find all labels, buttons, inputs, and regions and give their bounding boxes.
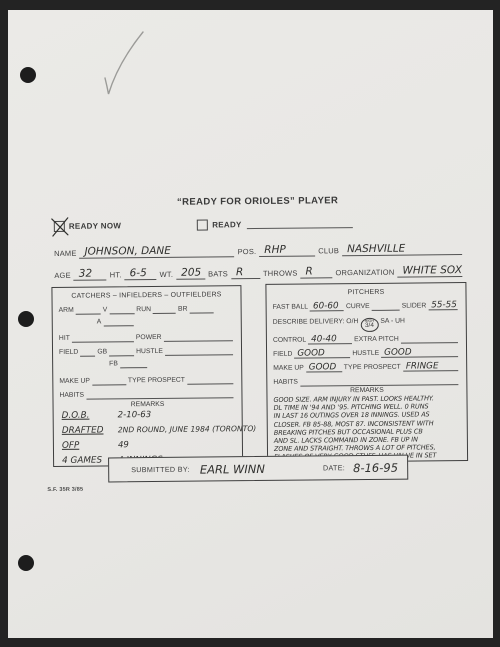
blank-line [109, 346, 134, 356]
bats-value: R [236, 266, 243, 278]
age-underline: 32 [74, 266, 107, 280]
hole-punch [18, 555, 34, 571]
fb-row: FB [109, 355, 235, 368]
ofp-remark-row: OFP 49 [62, 439, 234, 454]
curve-underline [372, 301, 400, 311]
blank-line [80, 347, 95, 357]
dob-remark-row: D.O.B. 2-10-63 [62, 409, 234, 424]
blank-line [76, 305, 101, 315]
pitcher-habits-label: HABITS [273, 379, 298, 387]
wt-value: 205 [181, 267, 201, 279]
name-label: NAME [54, 249, 77, 259]
ready-blank-line [247, 219, 353, 229]
organization-underline: WHITE SOX [397, 263, 462, 278]
club-value: NASHVILLE [347, 243, 405, 256]
blank-line [86, 388, 234, 399]
throws-label: THROWS [263, 269, 298, 279]
pitcher-hustle-label: HUSTLE [352, 350, 379, 358]
fast-ball-underline: 60-60 [310, 301, 344, 311]
age-label: AGE [54, 271, 71, 281]
blank-line [300, 375, 459, 387]
ofp-value: 49 [118, 440, 129, 450]
organization-value: WHITE SOX [402, 264, 462, 277]
pos-value: RHP [264, 244, 286, 256]
extra-pitch-underline [401, 333, 458, 344]
pitcher-make-up-underline: GOOD [306, 362, 342, 372]
age-value: 32 [79, 268, 92, 280]
ht-underline: 6-5 [125, 266, 157, 280]
throws-value: R [305, 265, 312, 277]
pitcher-field-label: FIELD [273, 351, 292, 359]
bats-underline: R [231, 265, 260, 279]
pitcher-habits-row: HABITS [273, 373, 460, 387]
control-row: CONTROL 40-40 EXTRA PITCH [273, 331, 460, 345]
v-label: V [103, 306, 108, 314]
gb-label: GB [97, 348, 107, 356]
type-prospect-label: TYPE PROSPECT [128, 377, 185, 386]
name-field-row: NAME JOHNSON, DANE POS. RHP CLUB NASHVIL… [54, 238, 465, 259]
habits-row: HABITS [59, 386, 235, 400]
submitted-by-label: SUBMITTED BY: [131, 465, 190, 475]
wt-label: WT. [160, 270, 174, 280]
name-underline: JOHNSON, DANE [79, 243, 234, 258]
ready-checkbox [197, 219, 208, 230]
pos-underline: RHP [259, 242, 315, 257]
blank-line [103, 316, 133, 326]
pitcher-type-prospect-underline: FRINGE [403, 361, 458, 372]
delivery-suffix-label: SA - UH [380, 317, 405, 325]
scanned-page: “READY FOR ORIOLES” PLAYER READY NOW REA… [0, 0, 500, 647]
ht-value: 6-5 [130, 267, 147, 279]
form-code: S.F. 35R 3/85 [47, 487, 83, 493]
br-label: BR [178, 306, 188, 314]
blank-line [109, 304, 134, 314]
a-label: A [97, 319, 102, 327]
hole-punch [20, 67, 36, 83]
makeup-row: MAKE UP TYPE PROSPECT [59, 372, 235, 386]
name-value: JOHNSON, DANE [84, 245, 170, 258]
fastball-row: FAST BALL 60-60 CURVE SLIDER 55-55 [273, 298, 460, 312]
delivery-circle-annotation: HIGH 3/4 [360, 317, 378, 331]
blank-line [189, 303, 213, 313]
position-players-box: CATCHERS – INFIELDERS – OUTFIELDERS ARM … [51, 285, 243, 467]
throws-underline: R [300, 264, 332, 278]
a-row: A [97, 313, 235, 326]
drafted-remark-row: DRAFTED 2ND ROUND, JUNE 1984 (TORONTO) [62, 424, 234, 439]
pitchers-box: PITCHERS FAST BALL 60-60 CURVE SLIDER 55… [265, 282, 468, 463]
organization-label: ORGANIZATION [335, 268, 394, 279]
field-row: FIELD GB HUSTLE [59, 343, 235, 357]
pitcher-make-up-value: GOOD [309, 362, 337, 372]
pitcher-type-prospect-label: TYPE PROSPECT [344, 364, 401, 373]
control-label: CONTROL [273, 337, 306, 345]
remarks-title: REMARKS [54, 400, 242, 409]
paper-sheet: “READY FOR ORIOLES” PLAYER READY NOW REA… [8, 10, 493, 638]
field-label: FIELD [59, 349, 78, 357]
arm-row: ARM V RUN BR [59, 301, 235, 315]
ready-label: READY [212, 220, 242, 229]
bats-label: BATS [208, 269, 228, 279]
scouting-form: “READY FOR ORIOLES” PLAYER READY NOW REA… [51, 194, 468, 500]
bio-field-row: AGE 32 HT. 6-5 WT. 205 BATS R THROWS [54, 260, 465, 281]
pitcher-type-prospect-value: FRINGE [406, 361, 439, 371]
pitcher-field-underline: GOOD [294, 348, 350, 359]
drafted-label: DRAFTED [62, 425, 118, 436]
pitcher-field-value: GOOD [297, 348, 325, 358]
field-hustle-row: FIELD GOOD HUSTLE GOOD [273, 345, 460, 359]
ofp-label: OFP [62, 440, 118, 451]
hustle-label: HUSTLE [136, 348, 163, 356]
pitcher-hustle-value: GOOD [384, 348, 412, 358]
blank-line [92, 375, 126, 385]
fast-ball-label: FAST BALL [273, 304, 308, 312]
pencil-checkmark-icon [96, 28, 151, 103]
blank-line [165, 345, 233, 356]
slider-label: SLIDER [402, 302, 427, 310]
ready-now-label: READY NOW [69, 221, 121, 231]
delivery-label: DESCRIBE DELIVERY: O/H [273, 318, 359, 327]
ht-label: HT. [110, 270, 122, 280]
delivery-row: DESCRIBE DELIVERY: O/H HIGH 3/4 SA - UH [273, 313, 460, 330]
arm-label: ARM [59, 307, 74, 315]
readiness-row: READY NOW READY [54, 218, 353, 232]
x-mark-icon [51, 217, 70, 237]
hit-row: HIT POWER [59, 329, 235, 343]
blank-line [163, 331, 232, 342]
fb-label: FB [109, 360, 118, 368]
run-label: RUN [136, 306, 151, 314]
submitted-by-bar: SUBMITTED BY: EARL WINN DATE: 8-16-95 [108, 455, 408, 483]
make-up-label: MAKE UP [59, 378, 90, 386]
makeup-prospect-row: MAKE UP GOOD TYPE PROSPECT FRINGE [273, 359, 460, 373]
wt-underline: 205 [176, 266, 205, 280]
fast-ball-value: 60-60 [313, 301, 339, 311]
position-box-title: CATCHERS – INFIELDERS – OUTFIELDERS [52, 291, 240, 300]
date-label: DATE: [323, 463, 345, 472]
hit-label: HIT [59, 335, 70, 343]
pitcher-hustle-underline: GOOD [381, 347, 458, 358]
date-value: 8-16-95 [353, 460, 398, 474]
control-underline: 40-40 [308, 334, 352, 344]
blank-line [153, 304, 176, 314]
slider-underline: 55-55 [428, 300, 457, 310]
club-underline: NASHVILLE [342, 241, 462, 256]
habits-label: HABITS [59, 392, 84, 400]
slider-value: 55-55 [431, 300, 457, 310]
hole-punch [18, 311, 34, 327]
blank-line [120, 358, 147, 368]
pos-label: POS. [238, 247, 257, 257]
extra-pitch-label: EXTRA PITCH [354, 336, 399, 344]
form-title: “READY FOR ORIOLES” PLAYER [51, 194, 465, 209]
pitcher-make-up-label: MAKE UP [273, 365, 304, 373]
curve-label: CURVE [346, 303, 370, 311]
dob-value: 2-10-63 [118, 410, 152, 420]
control-value: 40-40 [311, 334, 337, 344]
blank-line [72, 332, 134, 343]
submitted-by-value: EARL WINN [200, 461, 265, 476]
ready-now-checkbox [54, 221, 65, 232]
blank-line [187, 374, 233, 384]
power-label: POWER [136, 334, 162, 342]
club-label: CLUB [318, 246, 339, 256]
dob-label: D.O.B. [62, 410, 118, 421]
pitchers-box-title: PITCHERS [266, 288, 465, 297]
drafted-value: 2ND ROUND, JUNE 1984 (TORONTO) [118, 424, 257, 434]
delivery-circled-value: 3/4 [365, 323, 374, 329]
